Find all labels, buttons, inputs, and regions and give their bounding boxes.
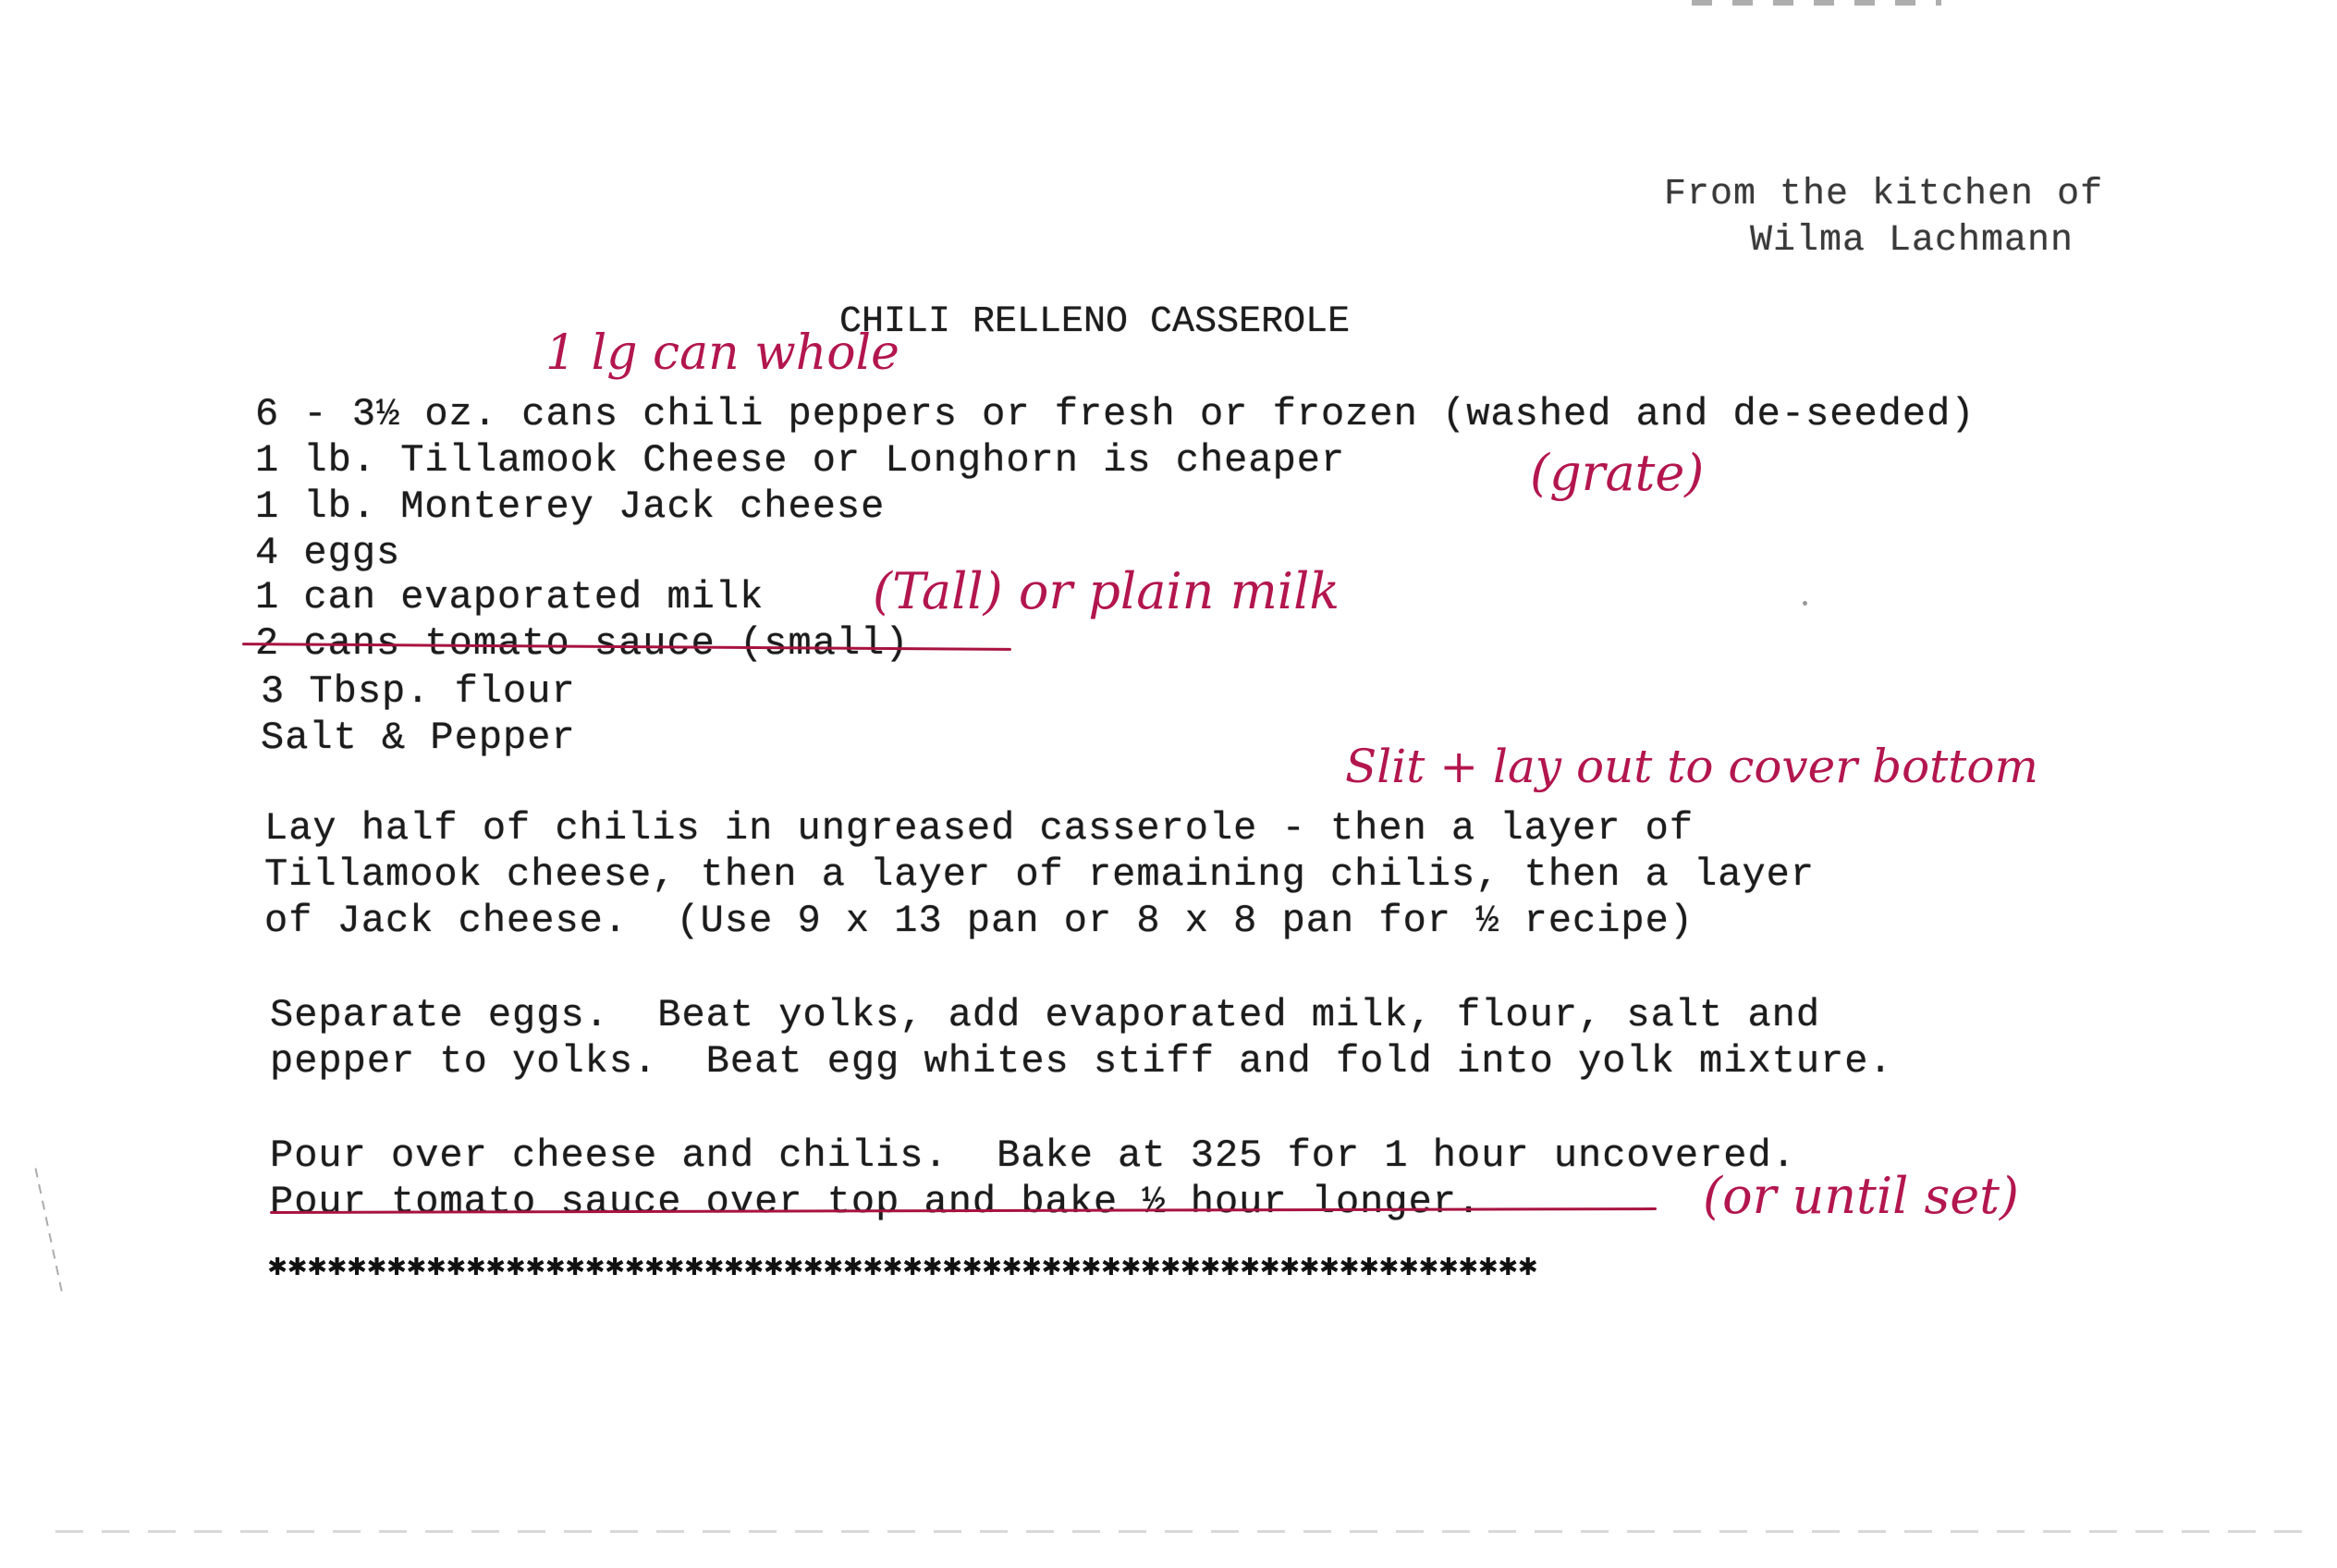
handwritten-note-grate: (grate) (1530, 444, 1704, 502)
ingredient-line: 1 can evaporated milk (255, 575, 764, 619)
kitchen-of-line: From the kitchen of (1664, 174, 2103, 215)
instruction-line: Tillamook cheese, then a layer of remain… (264, 852, 1815, 897)
recipe-title: CHILI RELLENO CASSEROLE (839, 301, 1350, 343)
paper-speck (1803, 601, 1807, 606)
recipe-card: From the kitchen of Wilma Lachmann CHILI… (0, 0, 2337, 1568)
ingredient-line: 4 eggs (255, 531, 400, 575)
ingredient-line: Salt & Pepper (261, 716, 576, 760)
ingredient-line: 1 lb. Monterey Jack cheese (255, 484, 885, 529)
instruction-line-struck: Pour tomato sauce over top and bake ½ ho… (270, 1180, 1481, 1224)
instruction-line: Pour over cheese and chilis. Bake at 325… (270, 1133, 1796, 1178)
instruction-line: of Jack cheese. (Use 9 x 13 pan or 8 x 8… (264, 899, 1694, 943)
ingredient-line: 6 - 3½ oz. cans chili peppers or fresh o… (255, 392, 1976, 436)
instruction-line: Lay half of chilis in ungreased casserol… (264, 806, 1694, 851)
ingredient-line: 1 lb. Tillamook Cheese or Longhorn is ch… (255, 438, 1345, 483)
instruction-line: pepper to yolks. Beat egg whites stiff a… (270, 1039, 1893, 1084)
scan-edge-top (1692, 0, 1941, 6)
author-name: Wilma Lachmann (1750, 220, 2074, 262)
asterisk-border: ✱✱✱✱✱✱✱✱✱✱✱✱✱✱✱✱✱✱✱✱✱✱✱✱✱✱✱✱✱✱✱✱✱✱✱✱✱✱✱✱… (268, 1246, 1538, 1283)
handwritten-note-slit: Slit + lay out to cover bottom (1345, 740, 2038, 793)
scan-edge-left (34, 1168, 63, 1294)
handwritten-note-can: 1 lg can whole (545, 325, 899, 381)
ingredient-line: 3 Tbsp. flour (261, 669, 576, 714)
scan-edge-bottom (55, 1530, 2311, 1533)
handwritten-note-milk: (Tall) or plain milk (873, 562, 1340, 620)
instruction-line: Separate eggs. Beat yolks, add evaporate… (270, 993, 1820, 1037)
handwritten-note-until-set: (or until set) (1703, 1167, 2019, 1225)
